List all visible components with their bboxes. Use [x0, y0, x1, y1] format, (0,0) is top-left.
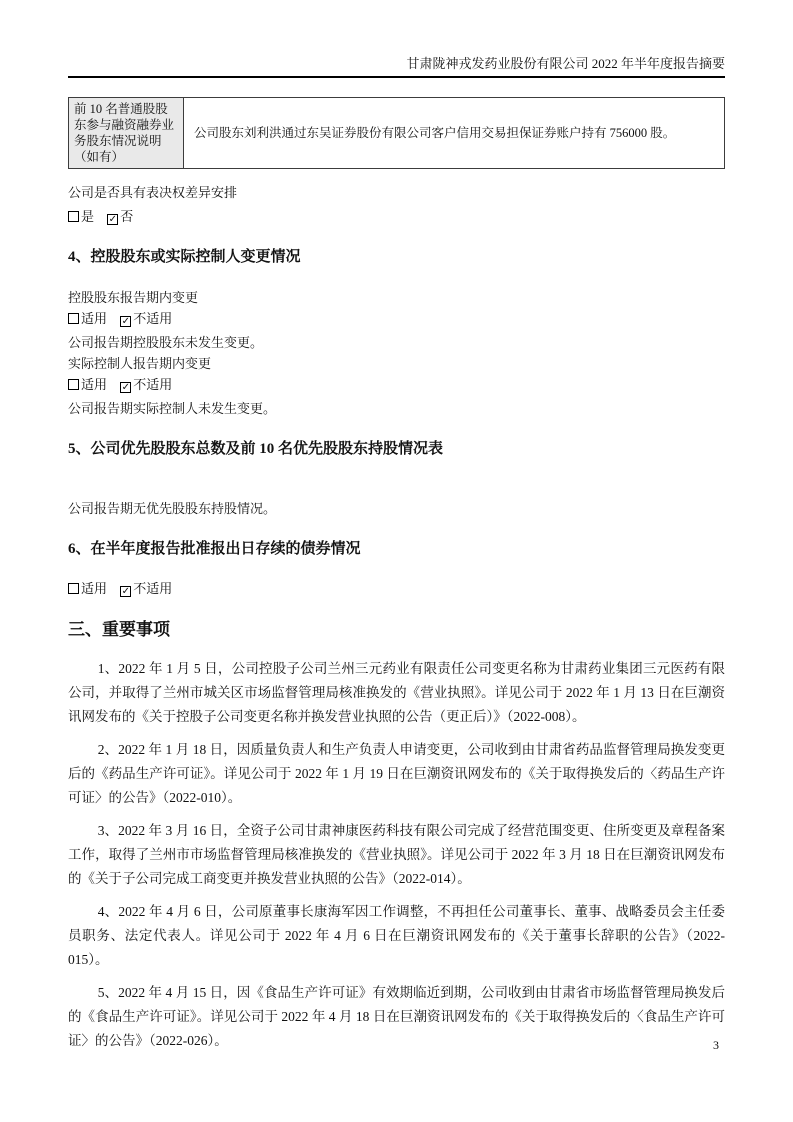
major-section-heading: 三、重要事项	[68, 619, 725, 640]
checkbox-label: 适用	[81, 311, 107, 326]
controlling-shareholder-change-line: 控股股东报告期内变更	[68, 290, 725, 306]
checkbox-checked-icon: ✓	[120, 586, 131, 597]
voting-rights-question: 公司是否具有表决权差异安排	[68, 185, 725, 201]
checkbox-option-not-applicable: ✓不适用	[120, 311, 172, 326]
checkbox-option-not-applicable: ✓不适用	[120, 581, 172, 596]
checkbox-unchecked-icon	[68, 211, 79, 222]
checkbox-option-yes: 是	[68, 209, 94, 224]
important-events-paragraph: 5、2022 年 4 月 15 日，因《食品生产许可证》有效期临近到期，公司收到…	[68, 981, 725, 1053]
no-preferred-shares-line: 公司报告期无优先股股东持股情况。	[68, 501, 725, 517]
checkbox-unchecked-icon	[68, 379, 79, 390]
controlling-no-change-line: 公司报告期控股股东未发生变更。	[68, 335, 725, 351]
checkbox-checked-icon: ✓	[107, 214, 118, 225]
checkbox-option-applicable: 适用	[68, 581, 107, 596]
actual-controller-change-line: 实际控制人报告期内变更	[68, 356, 725, 372]
header-title: 甘肃陇神戎发药业股份有限公司 2022 年半年度报告摘要	[406, 56, 725, 71]
table-label-cell: 前 10 名普通股股东参与融资融券业务股东情况说明（如有）	[69, 98, 184, 169]
checkbox-option-not-applicable: ✓不适用	[120, 377, 172, 392]
checkbox-row-controlling: 适用 ✓不适用	[68, 311, 725, 327]
checkbox-label: 不适用	[133, 377, 172, 392]
important-events-paragraph: 3、2022 年 3 月 16 日，全资子公司甘肃神康医药科技有限公司完成了经营…	[68, 819, 725, 891]
checkbox-checked-icon: ✓	[120, 382, 131, 393]
checkbox-label: 是	[81, 209, 94, 224]
checkbox-label: 不适用	[133, 581, 172, 596]
document-header: 甘肃陇神戎发药业股份有限公司 2022 年半年度报告摘要	[68, 55, 725, 78]
checkbox-label: 不适用	[133, 311, 172, 326]
checkbox-row-actual-controller: 适用 ✓不适用	[68, 377, 725, 393]
checkbox-unchecked-icon	[68, 583, 79, 594]
checkbox-option-applicable: 适用	[68, 311, 107, 326]
section-heading-4: 4、控股股东或实际控制人变更情况	[68, 248, 725, 267]
checkbox-row-voting: 是 ✓否	[68, 209, 725, 225]
actual-controller-no-change-line: 公司报告期实际控制人未发生变更。	[68, 401, 725, 417]
page-number: 3	[713, 1038, 719, 1053]
section-heading-5: 5、公司优先股股东总数及前 10 名优先股股东持股情况表	[68, 440, 725, 459]
table-row: 前 10 名普通股股东参与融资融券业务股东情况说明（如有） 公司股东刘利洪通过东…	[69, 98, 725, 169]
margin-trading-shareholder-table: 前 10 名普通股股东参与融资融券业务股东情况说明（如有） 公司股东刘利洪通过东…	[68, 97, 725, 169]
important-events-paragraph: 1、2022 年 1 月 5 日，公司控股子公司兰州三元药业有限责任公司变更名称…	[68, 657, 725, 729]
checkbox-unchecked-icon	[68, 313, 79, 324]
report-page: 甘肃陇神戎发药业股份有限公司 2022 年半年度报告摘要 前 10 名普通股股东…	[0, 0, 793, 1122]
checkbox-label: 适用	[81, 377, 107, 392]
checkbox-option-no: ✓否	[107, 209, 133, 224]
checkbox-label: 否	[120, 209, 133, 224]
table-value-cell: 公司股东刘利洪通过东吴证券股份有限公司客户信用交易担保证券账户持有 756000…	[184, 98, 725, 169]
important-events-paragraph: 2、2022 年 1 月 18 日，因质量负责人和生产负责人申请变更，公司收到由…	[68, 738, 725, 810]
important-events-paragraph: 4、2022 年 4 月 6 日，公司原董事长康海军因工作调整，不再担任公司董事…	[68, 900, 725, 972]
checkbox-option-applicable: 适用	[68, 377, 107, 392]
checkbox-row-bonds: 适用 ✓不适用	[68, 581, 725, 597]
checkbox-checked-icon: ✓	[120, 316, 131, 327]
checkbox-label: 适用	[81, 581, 107, 596]
section-heading-6: 6、在半年度报告批准报出日存续的债券情况	[68, 540, 725, 559]
